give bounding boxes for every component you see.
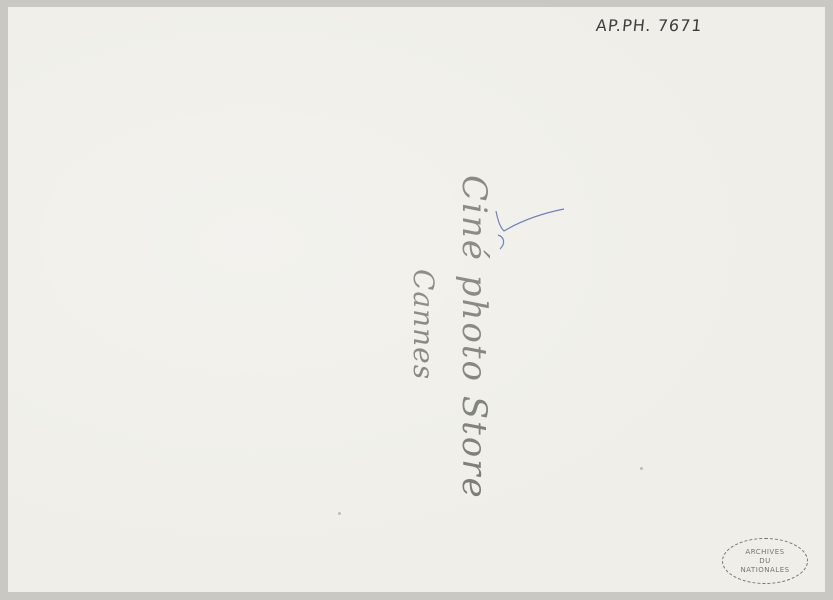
catalog-number: AP.PH. 7671 — [595, 16, 703, 35]
handwritten-note-line2: Cannes — [407, 269, 440, 380]
stamp-line2: DU — [759, 557, 771, 566]
paper-speck — [338, 512, 341, 515]
handwritten-note-line1: Ciné photo Store — [454, 175, 494, 500]
stamp-line3: NATIONALES — [740, 566, 789, 575]
stamp-line1: ARCHIVES — [745, 548, 784, 557]
paper-speck — [640, 467, 643, 470]
blue-ink-mark-icon — [494, 207, 569, 257]
photo-back-card: AP.PH. 7671 Ciné photo Store Cannes ARCH… — [8, 7, 825, 592]
archive-stamp: ARCHIVES DU NATIONALES — [722, 538, 808, 584]
